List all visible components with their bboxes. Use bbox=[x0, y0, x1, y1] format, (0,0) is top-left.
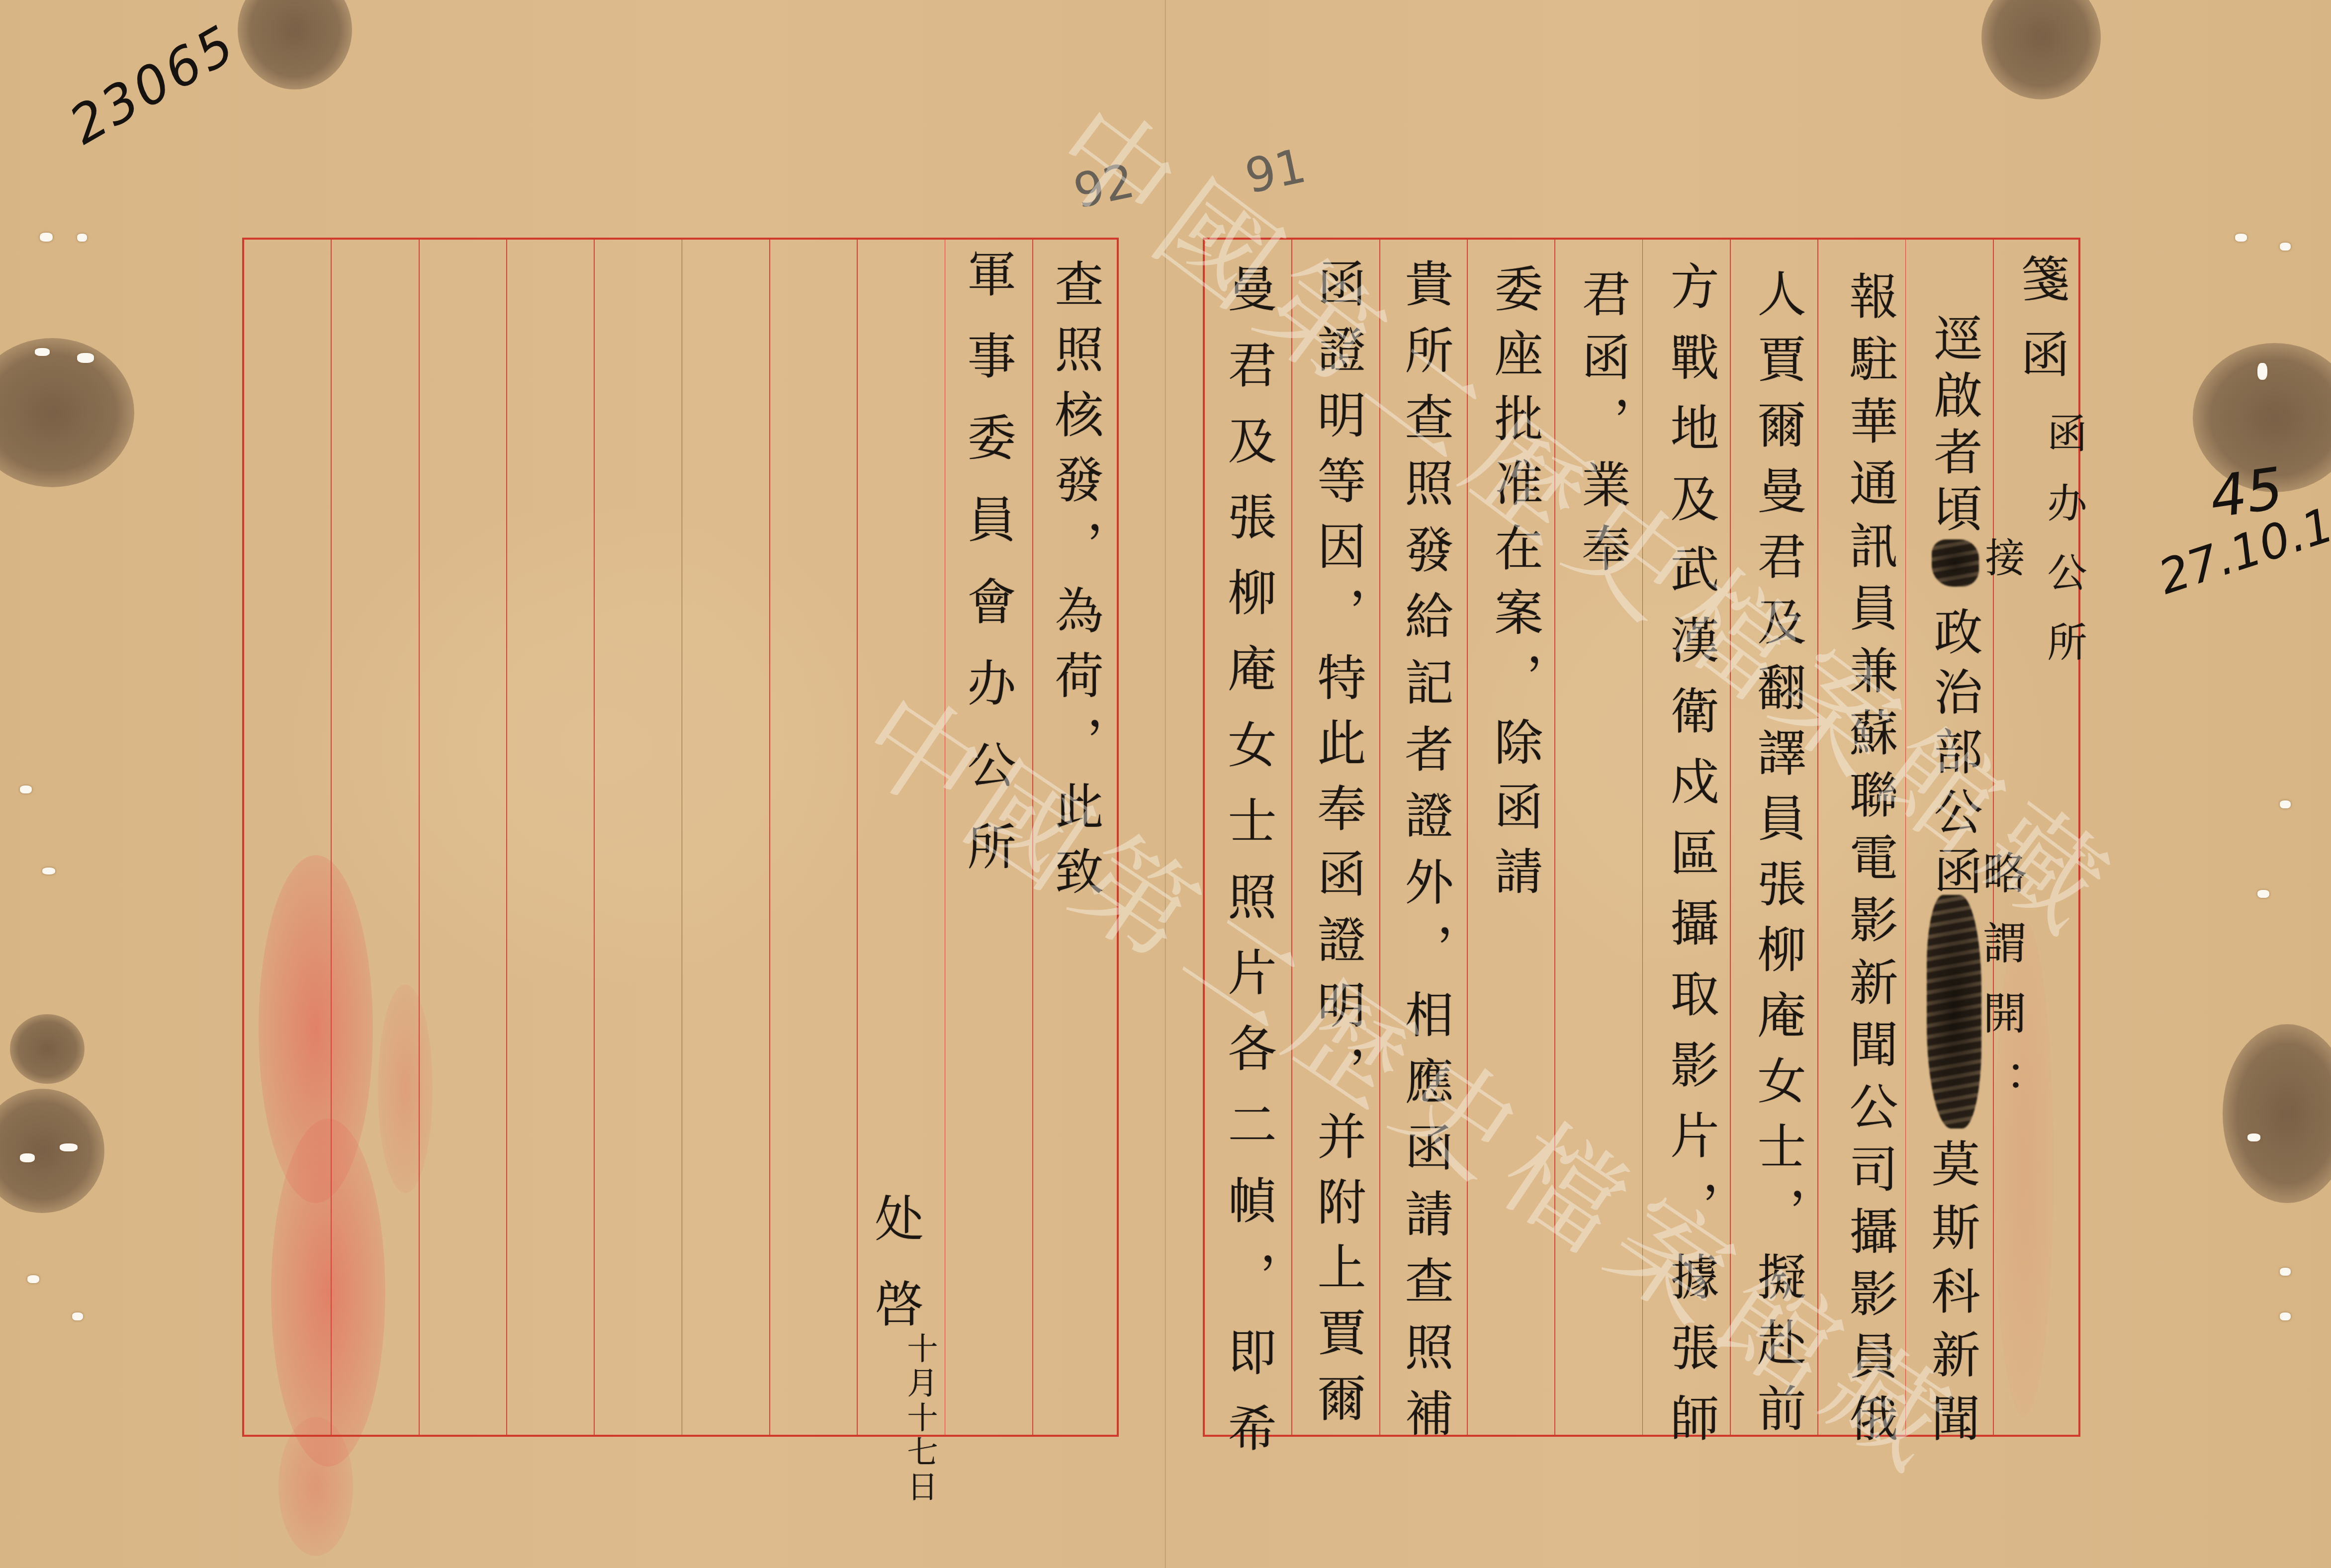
punch-hole bbox=[20, 785, 32, 793]
red-seal-smear bbox=[278, 1417, 353, 1556]
addressee-note: 函办公所 bbox=[2039, 413, 2088, 661]
rust-stain bbox=[1981, 0, 2101, 99]
punch-hole bbox=[2280, 1268, 2291, 1276]
catalog-number: 23065 bbox=[60, 13, 247, 156]
letter-line-2a: 逕啟者頃 bbox=[1924, 313, 1984, 532]
rust-stain bbox=[10, 1014, 85, 1084]
punch-hole bbox=[77, 234, 87, 242]
crossed-out-text bbox=[1927, 895, 1981, 1129]
rust-stain bbox=[0, 1089, 104, 1213]
letter-date: 十月十七日 bbox=[900, 1332, 940, 1501]
punch-hole bbox=[2257, 363, 2267, 380]
punch-hole bbox=[27, 1275, 39, 1283]
punch-hole bbox=[42, 868, 55, 874]
archival-document-spread: 23065 92 91 45 27.10.17. 箋函 函办公所 逕啟者頃 接 … bbox=[0, 0, 2331, 1568]
punch-hole bbox=[2280, 1312, 2291, 1320]
punch-hole bbox=[72, 1312, 83, 1320]
punch-hole bbox=[77, 353, 94, 363]
rust-stain bbox=[238, 0, 352, 89]
punch-hole bbox=[35, 348, 50, 356]
punch-hole bbox=[2247, 1133, 2260, 1141]
punch-hole bbox=[2280, 800, 2291, 808]
rust-stain bbox=[0, 338, 134, 487]
letter-salutation: 箋函 bbox=[2011, 254, 2071, 378]
punch-hole bbox=[20, 1153, 35, 1162]
inserted-character: 接 bbox=[1976, 537, 2026, 587]
sender-signature: 处啓 bbox=[865, 1193, 925, 1327]
punch-hole bbox=[2235, 234, 2247, 242]
letter-line-3: 報駐華通訊員兼蘇聯電影新聞公司攝影員俄 bbox=[1840, 271, 1899, 1442]
punch-hole bbox=[2280, 243, 2291, 251]
punch-hole bbox=[2257, 890, 2269, 898]
crossed-out-character bbox=[1932, 539, 1979, 587]
punch-hole bbox=[60, 1143, 78, 1151]
punch-hole bbox=[40, 233, 53, 242]
rust-stain bbox=[2223, 1024, 2331, 1203]
